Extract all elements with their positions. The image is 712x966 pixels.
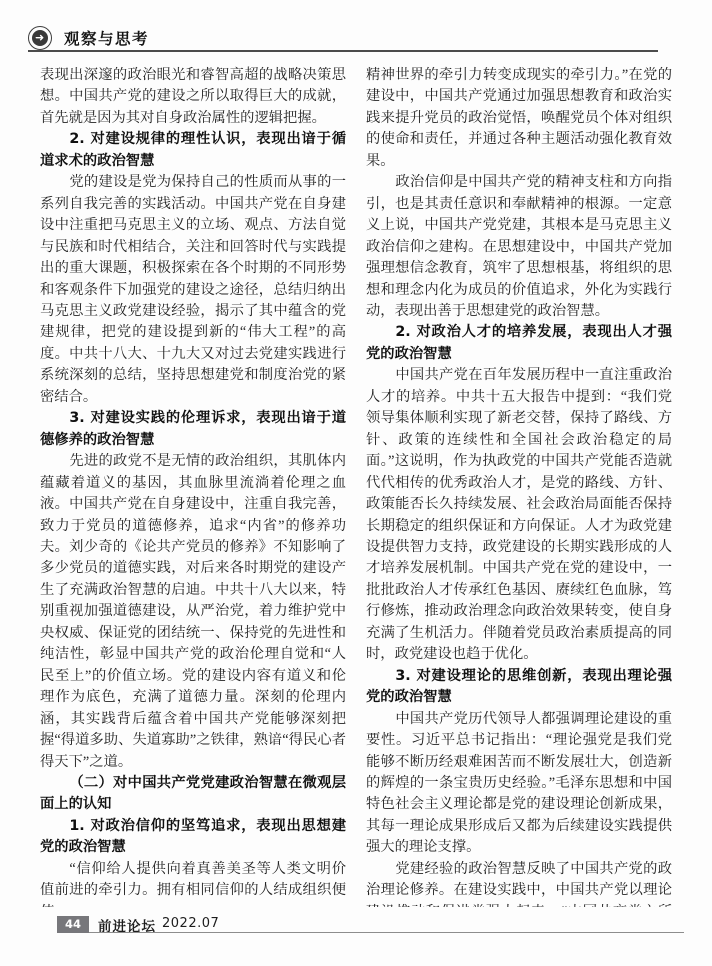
issue-date: 2022.07 — [162, 916, 219, 931]
journal-page: ➜ 观察与思考 表现出深邃的政治眼光和睿智高超的战略决策思想。中国共产党的建设之… — [0, 0, 712, 966]
section-title: 观察与思考 — [64, 27, 149, 49]
section-heading: 1. 对政治信仰的坚笃追求，表现出思想建党的政治智慧 — [40, 816, 346, 859]
footer-rule — [89, 932, 684, 933]
section-heading: 2. 对政治人才的培养发展，表现出人才强党的政治智慧 — [366, 322, 672, 365]
paragraph: 党建经验的政治智慧反映了中国共产党的政治理论修养。在建设实践中，中国共产党以理论… — [366, 859, 672, 907]
paragraph: 政治信仰是中国共产党的精神支柱和方向指引，也是其责任意识和奉献精神的根源。一定意… — [366, 172, 672, 322]
page-footer: 44 前进论坛 2022.07 — [0, 912, 712, 942]
paragraph: “信仰给人提供向着真善美圣等人类文明价值前进的牵引力。拥有相同信仰的人结成组织便… — [40, 859, 346, 907]
arrow-glyph: ➜ — [32, 30, 48, 46]
paragraph: 党的建设是党为保持自己的性质而从事的一系列自我完善的实践活动。中国共产党在自身建… — [40, 172, 346, 408]
paragraph: 精神世界的牵引力转变成现实的牵引力。”在党的建设中，中国共产党通过加强思想教育和… — [366, 65, 672, 172]
paragraph: 中国共产党历代领导人都强调理论建设的重要性。习近平总书记指出：“理论强党是我们党… — [366, 709, 672, 859]
section-heading: 3. 对建设实践的伦理诉求，表现出谙于道德修养的政治智慧 — [40, 408, 346, 451]
page-number-badge: 44 — [57, 916, 89, 933]
header-rule — [28, 50, 658, 52]
column-right: 精神世界的牵引力转变成现实的牵引力。”在党的建设中，中国共产党通过加强思想教育和… — [366, 65, 672, 907]
article-body: 表现出深邃的政治眼光和睿智高超的战略决策思想。中国共产党的建设之所以取得巨大的成… — [40, 65, 672, 907]
column-left: 表现出深邃的政治眼光和睿智高超的战略决策思想。中国共产党的建设之所以取得巨大的成… — [40, 65, 346, 907]
arrow-circle-icon: ➜ — [28, 26, 52, 50]
paragraph: 表现出深邃的政治眼光和睿智高超的战略决策思想。中国共产党的建设之所以取得巨大的成… — [40, 65, 346, 129]
section-heading: （二）对中国共产党党建政治智慧在微观层面上的认知 — [40, 773, 346, 816]
section-heading: 2. 对建设规律的理性认识，表现出谙于循道求术的政治智慧 — [40, 129, 346, 172]
paragraph: 中国共产党在百年发展历程中一直注重政治人才的培养。中共十五大报告中提到：“我们党… — [366, 365, 672, 665]
paragraph: 先进的政党不是无情的政治组织，其肌体内蕴藏着道义的基因，其血脉里流淌着伦理之血液… — [40, 451, 346, 773]
section-heading: 3. 对建设理论的思维创新，表现出理论强党的政治智慧 — [366, 666, 672, 709]
